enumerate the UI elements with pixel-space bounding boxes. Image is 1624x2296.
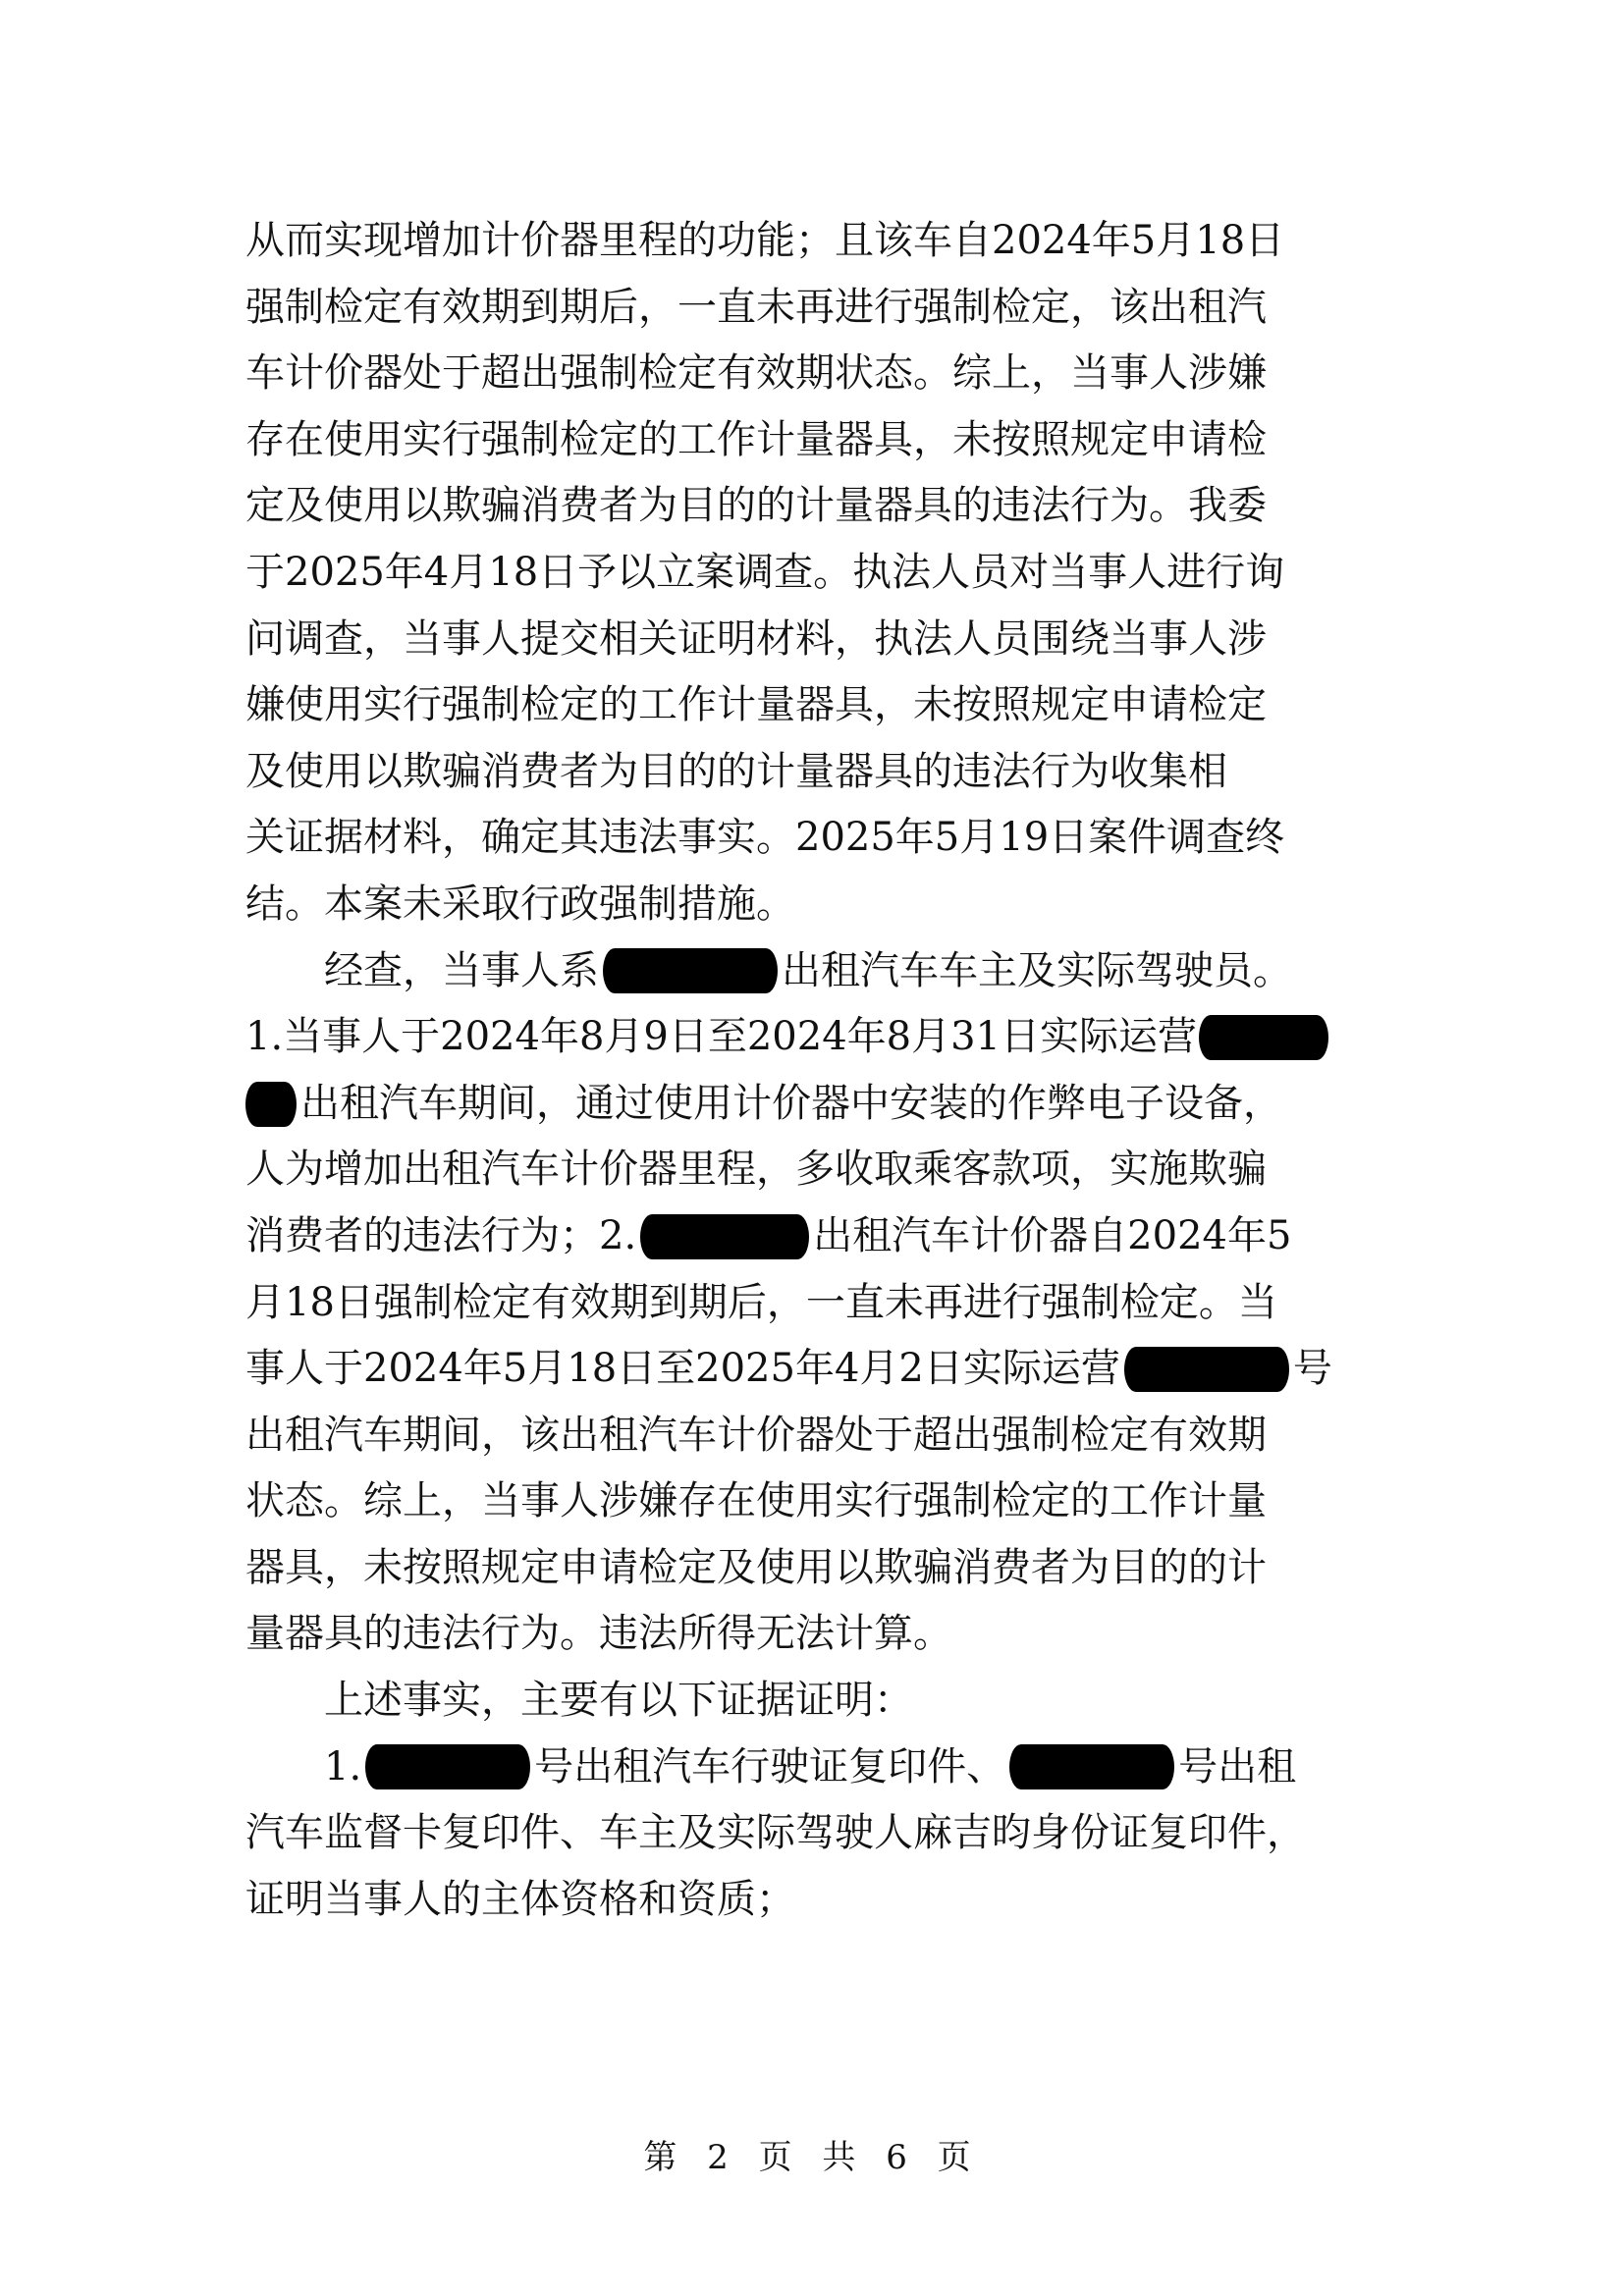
text-segment: 于2025年4月18日予以立案调查。执法人员对当事人进行询 (245, 540, 1284, 607)
redaction-block (1009, 1744, 1174, 1789)
text-line: 消费者的违法行为；2. 出租汽车计价器自2024年5 (245, 1203, 1386, 1270)
text-line: 问调查，当事人提交相关证明材料，执法人员围绕当事人涉 (245, 607, 1386, 673)
text-segment: 出租汽车计价器自2024年5 (813, 1203, 1291, 1270)
text-segment: 车计价器处于超出强制检定有效期状态。综上，当事人涉嫌 (245, 341, 1267, 407)
text-line: 强制检定有效期到期后，一直未再进行强制检定，该出租汽 (245, 275, 1386, 342)
text-line: 状态。综上，当事人涉嫌存在使用实行强制检定的工作计量 (245, 1468, 1386, 1535)
text-segment: 月18日强制检定有效期到期后，一直未再进行强制检定。当 (245, 1270, 1277, 1337)
text-line: 1.当事人于2024年8月9日至2024年8月31日实际运营 (245, 1004, 1386, 1071)
text-segment: 证明当事人的主体资格和资质； (245, 1867, 795, 1934)
text-segment: 定及使用以欺骗消费者为目的的计量器具的违法行为。我委 (245, 473, 1267, 540)
text-line: 事人于2024年5月18日至2025年4月2日实际运营 号 (245, 1336, 1386, 1403)
text-segment: 1. (324, 1735, 361, 1801)
text-segment: 消费者的违法行为；2. (245, 1203, 636, 1270)
text-line: 器具，未按照规定申请检定及使用以欺骗消费者为目的的计 (245, 1535, 1386, 1602)
text-segment: 关证据材料，确定其违法事实。2025年5月19日案件调查终 (245, 805, 1284, 872)
text-segment: 出租汽车期间，通过使用计价器中安装的作弊电子设备， (300, 1071, 1282, 1138)
redaction-block (245, 1082, 297, 1127)
text-line: 出租汽车期间，通过使用计价器中安装的作弊电子设备， (245, 1071, 1386, 1138)
text-line: 证明当事人的主体资格和资质； (245, 1867, 1386, 1934)
document-body: 从而实现增加计价器里程的功能；且该车自2024年5月18日 强制检定有效期到期后… (245, 208, 1386, 1933)
text-segment: 人为增加出租汽车计价器里程，多收取乘客款项，实施欺骗 (245, 1137, 1267, 1203)
text-segment: 及使用以欺骗消费者为目的的计量器具的违法行为收集相 (245, 739, 1227, 806)
text-line: 关证据材料，确定其违法事实。2025年5月19日案件调查终 (245, 805, 1386, 872)
text-segment: 出租汽车期间，该出租汽车计价器处于超出强制检定有效期 (245, 1403, 1267, 1469)
text-line: 存在使用实行强制检定的工作计量器具，未按照规定申请检 (245, 407, 1386, 474)
redaction-block (365, 1744, 530, 1789)
text-line: 于2025年4月18日予以立案调查。执法人员对当事人进行询 (245, 540, 1386, 607)
text-segment: 上述事实，主要有以下证据证明： (324, 1668, 913, 1735)
text-segment: 号出租汽车行驶证复印件、 (534, 1735, 1005, 1801)
text-line: 量器具的违法行为。违法所得无法计算。 (245, 1601, 1386, 1668)
text-line: 结。本案未采取行政强制措施。 (245, 872, 1386, 938)
redaction-block (640, 1214, 809, 1259)
text-segment: 结。本案未采取行政强制措施。 (245, 872, 795, 938)
text-segment: 从而实现增加计价器里程的功能；且该车自2024年5月18日 (245, 208, 1284, 275)
text-line: 经查，当事人系 出租汽车车主及实际驾驶员。 (245, 938, 1386, 1005)
page-number-footer: 第 2 页 共 6 页 (0, 2130, 1624, 2178)
text-segment: 号出租 (1178, 1735, 1296, 1801)
redaction-block (603, 948, 778, 993)
text-segment: 汽车监督卡复印件、车主及实际驾驶人麻吉昀身份证复印件， (245, 1800, 1306, 1867)
text-line: 人为增加出租汽车计价器里程，多收取乘客款项，实施欺骗 (245, 1137, 1386, 1203)
text-line: 上述事实，主要有以下证据证明： (245, 1668, 1386, 1735)
text-line: 定及使用以欺骗消费者为目的的计量器具的违法行为。我委 (245, 473, 1386, 540)
text-line: 月18日强制检定有效期到期后，一直未再进行强制检定。当 (245, 1270, 1386, 1337)
redaction-block (1199, 1015, 1328, 1060)
text-segment: 状态。综上，当事人涉嫌存在使用实行强制检定的工作计量 (245, 1468, 1267, 1535)
text-line: 汽车监督卡复印件、车主及实际驾驶人麻吉昀身份证复印件， (245, 1800, 1386, 1867)
text-line: 1. 号出租汽车行驶证复印件、 号出租 (245, 1735, 1386, 1801)
text-line: 从而实现增加计价器里程的功能；且该车自2024年5月18日 (245, 208, 1386, 275)
text-segment: 号 (1293, 1336, 1332, 1403)
redaction-block (1124, 1347, 1289, 1392)
document-page: 从而实现增加计价器里程的功能；且该车自2024年5月18日 强制检定有效期到期后… (0, 0, 1624, 2296)
text-segment: 嫌使用实行强制检定的工作计量器具，未按照规定申请检定 (245, 672, 1267, 739)
text-segment: 1.当事人于2024年8月9日至2024年8月31日实际运营 (245, 1004, 1197, 1071)
text-line: 出租汽车期间，该出租汽车计价器处于超出强制检定有效期 (245, 1403, 1386, 1469)
text-segment: 问调查，当事人提交相关证明材料，执法人员围绕当事人涉 (245, 607, 1267, 673)
text-segment: 强制检定有效期到期后，一直未再进行强制检定，该出租汽 (245, 275, 1267, 342)
text-segment: 器具，未按照规定申请检定及使用以欺骗消费者为目的的计 (245, 1535, 1267, 1602)
text-segment: 出租汽车车主及实际驾驶员。 (782, 938, 1292, 1005)
text-line: 嫌使用实行强制检定的工作计量器具，未按照规定申请检定 (245, 672, 1386, 739)
text-line: 车计价器处于超出强制检定有效期状态。综上，当事人涉嫌 (245, 341, 1386, 407)
text-segment: 经查，当事人系 (324, 938, 599, 1005)
text-segment: 事人于2024年5月18日至2025年4月2日实际运营 (245, 1336, 1120, 1403)
text-line: 及使用以欺骗消费者为目的的计量器具的违法行为收集相 (245, 739, 1386, 806)
text-segment: 存在使用实行强制检定的工作计量器具，未按照规定申请检 (245, 407, 1267, 474)
text-segment: 量器具的违法行为。违法所得无法计算。 (245, 1601, 952, 1668)
